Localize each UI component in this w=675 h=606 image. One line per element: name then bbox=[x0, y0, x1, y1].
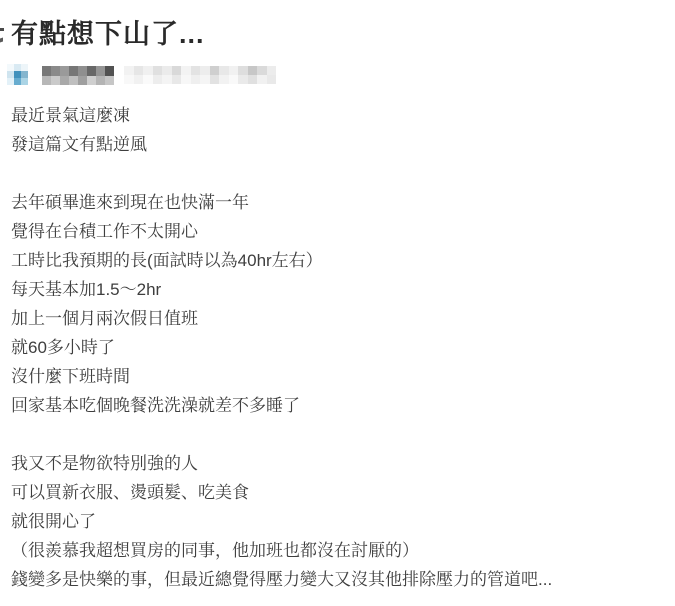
body-line: 就60多小時了 bbox=[11, 333, 655, 362]
body-line-blank bbox=[11, 420, 655, 449]
body-line: 沒什麼下班時間 bbox=[11, 362, 655, 391]
body-line-blank bbox=[11, 159, 655, 188]
post-title: 有點想下山了... bbox=[11, 16, 655, 52]
body-line: 發這篇文有點逆風 bbox=[11, 130, 655, 159]
body-line: 每天基本加1.5～2hr bbox=[11, 275, 655, 304]
body-line: 可以買新衣服、燙頭髮、吃美食 bbox=[11, 478, 655, 507]
author-name-redacted bbox=[42, 66, 114, 85]
body-line: 錢變多是快樂的事，但最近總覺得壓力變大又沒其他排除壓力的管道吧... bbox=[11, 565, 655, 594]
body-line: （很羨慕我超想買房的同事，他加班也都沒在討厭的） bbox=[11, 536, 655, 565]
body-line: 去年碩畢進來到現在也快滿一年 bbox=[11, 188, 655, 217]
body-line: 加上一個月兩次假日值班 bbox=[11, 304, 655, 333]
body-line: 覺得在台積工作不太開心 bbox=[11, 217, 655, 246]
post-body: 最近景氣這麼凍 發這篇文有點逆風 去年碩畢進來到現在也快滿一年 覺得在台積工作不… bbox=[11, 101, 655, 594]
body-line: 回家基本吃個晚餐洗洗澡就差不多睡了 bbox=[11, 391, 655, 420]
clipped-character-fragment bbox=[0, 28, 5, 44]
body-line: 我又不是物欲特別強的人 bbox=[11, 449, 655, 478]
author-meta-redacted bbox=[124, 66, 276, 84]
body-line: 就很開心了 bbox=[11, 507, 655, 536]
body-line: 工時比我預期的長(面試時以為40hr左右） bbox=[11, 246, 655, 275]
author-row bbox=[7, 64, 655, 86]
body-line: 最近景氣這麼凍 bbox=[11, 101, 655, 130]
post: 有點想下山了... 最近景氣這麼凍 發這篇文有點逆風 去年碩畢進來到現在也快滿一… bbox=[0, 0, 675, 594]
author-avatar-icon[interactable] bbox=[7, 64, 28, 85]
